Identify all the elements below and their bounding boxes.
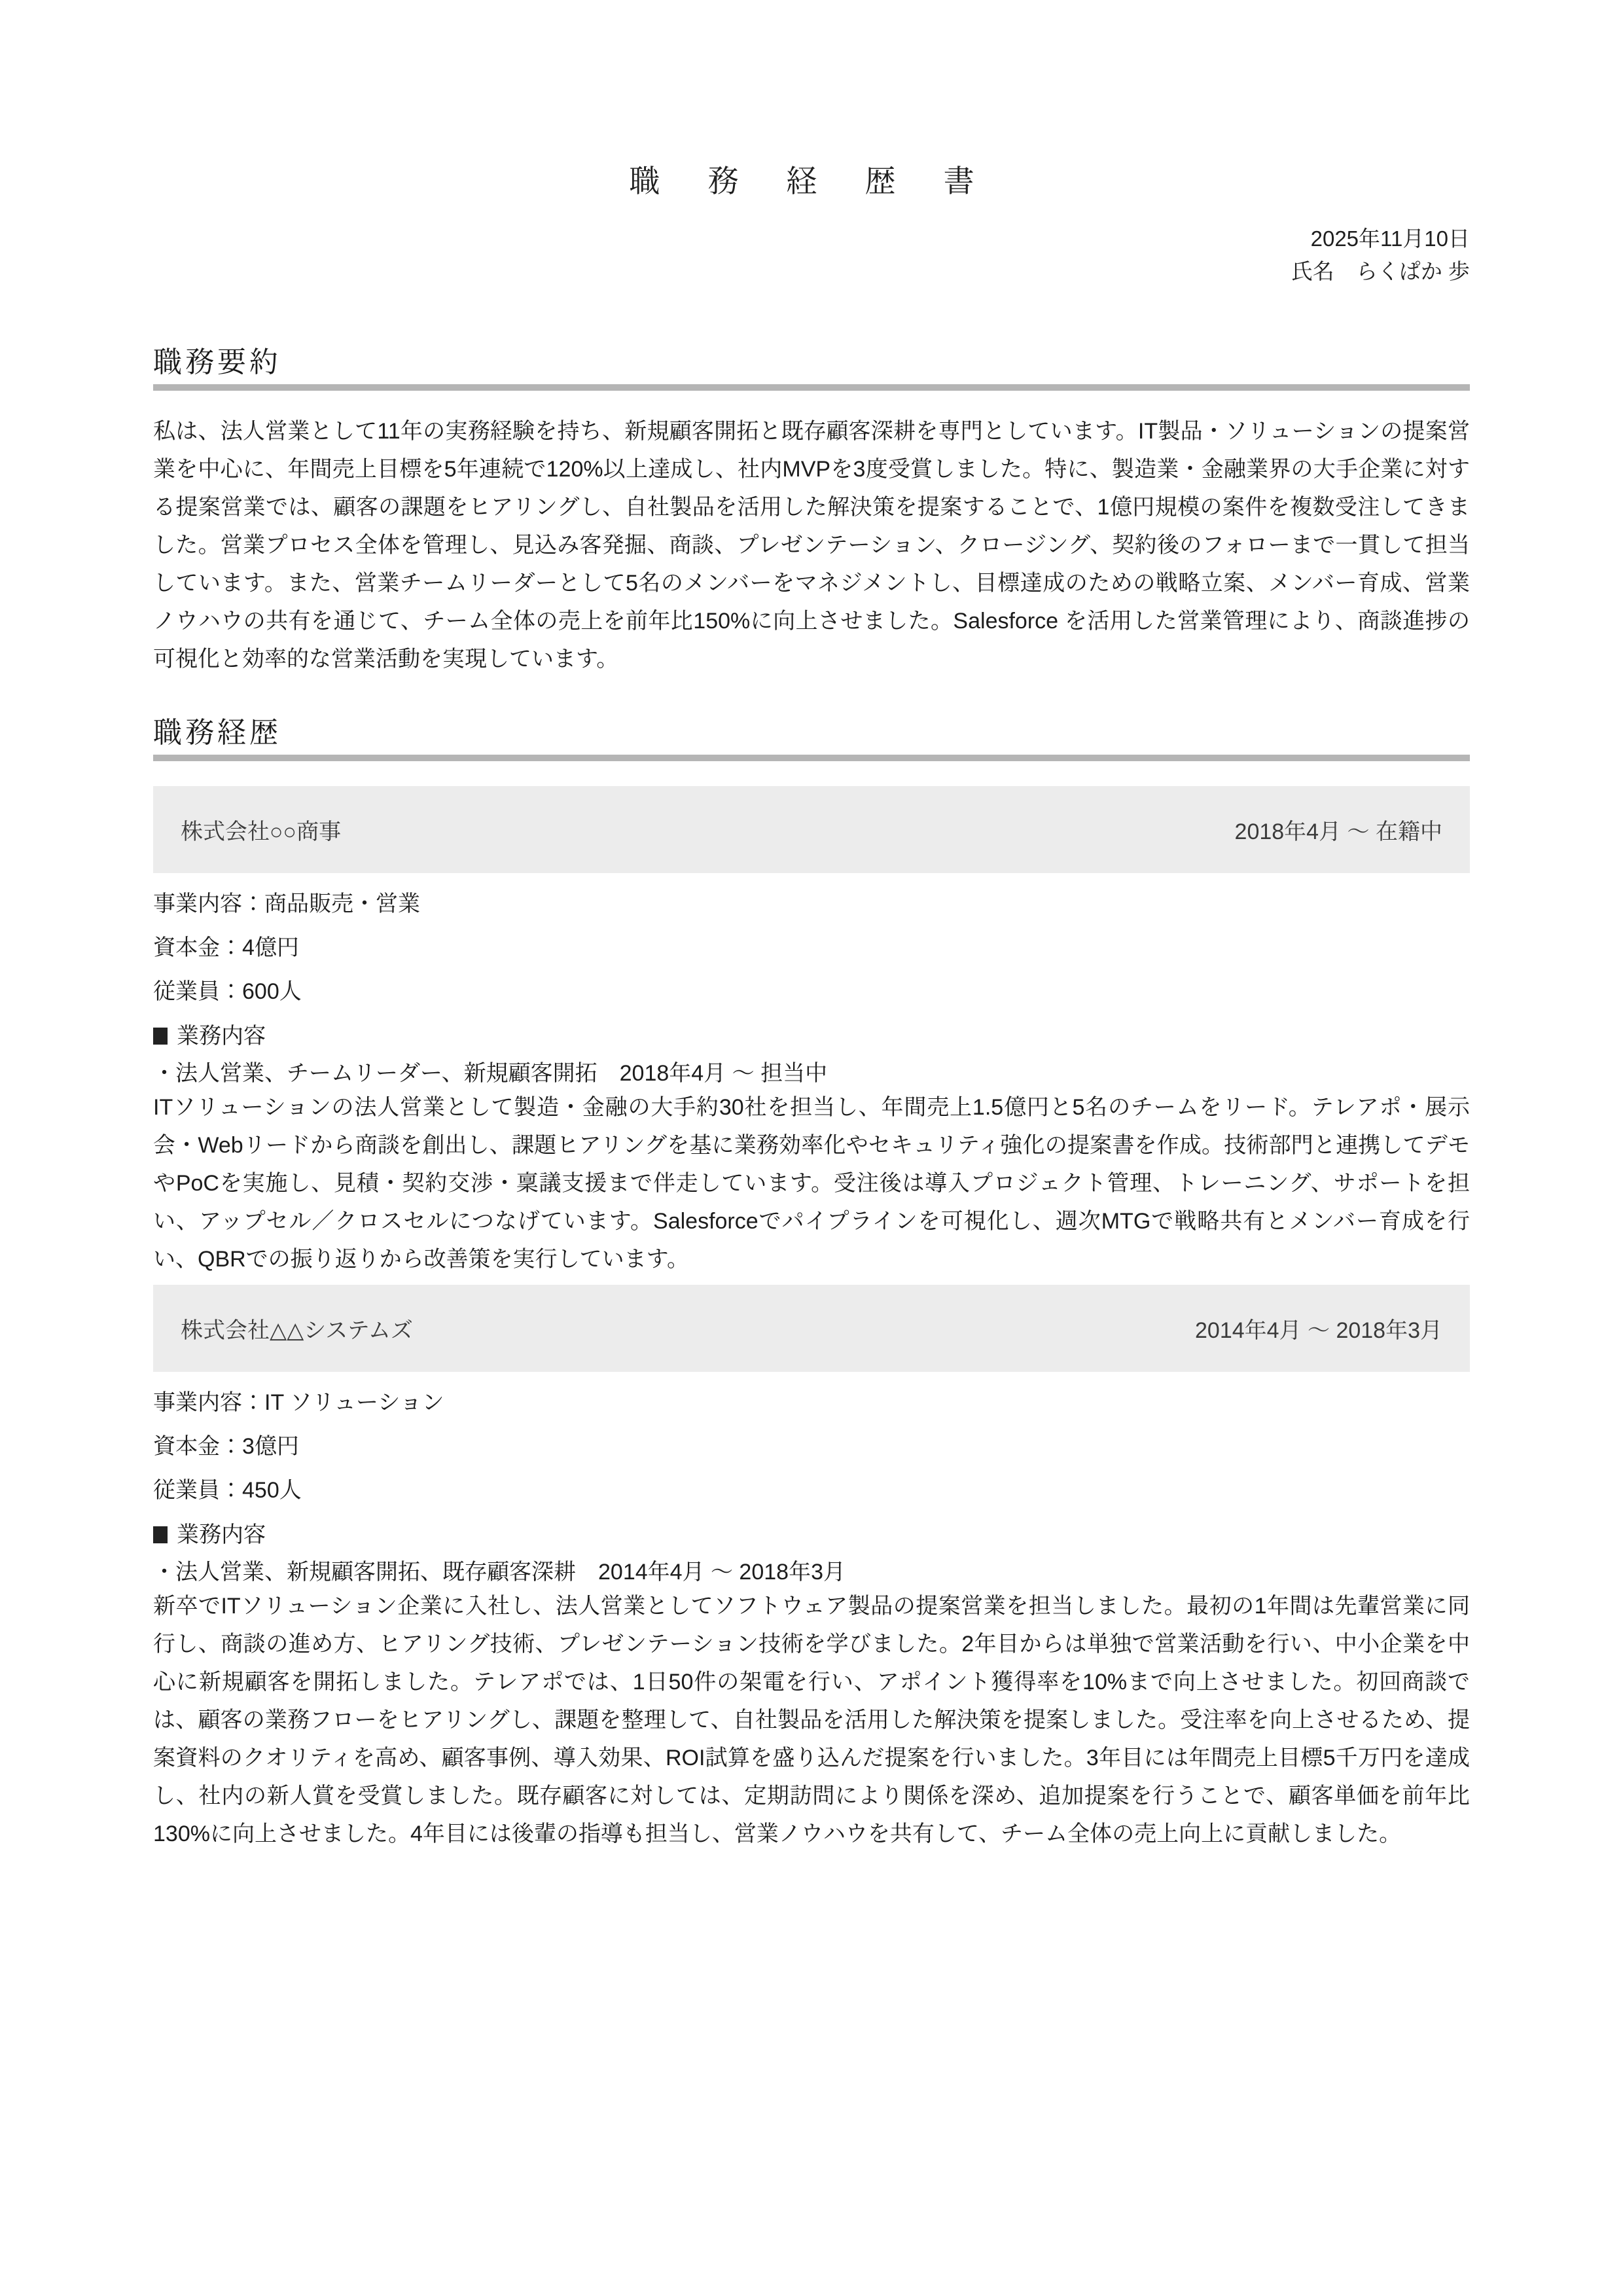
detail-value: 3億円 bbox=[242, 1434, 299, 1459]
summary-paragraph: 私は、法人営業として11年の実務経験を持ち、新規顧客開拓と既存顧客深耕を専門とし… bbox=[153, 412, 1470, 678]
document-meta: 2025年11月10日 氏名 らくぱか 歩 bbox=[153, 223, 1470, 288]
duties-heading: 業務内容 bbox=[153, 1522, 1470, 1548]
company-name: 株式会社○○商事 bbox=[181, 814, 341, 846]
document-date: 2025年11月10日 bbox=[153, 223, 1470, 255]
detail-row: 資本金：4億円 bbox=[153, 935, 1470, 961]
history-section: 職務経歴 株式会社○○商事 2018年4月 ～ 在籍中 事業内容：商品販売・営業… bbox=[153, 719, 1470, 1853]
detail-label: 資本金： bbox=[153, 1434, 242, 1459]
duties-heading-label: 業務内容 bbox=[177, 1522, 266, 1548]
detail-value: 450人 bbox=[242, 1478, 302, 1503]
detail-row: 事業内容：IT ソリューション bbox=[153, 1390, 1470, 1416]
company-name: 株式会社△△システムズ bbox=[181, 1312, 413, 1344]
resume-page: 職 務 経 歴 書 2025年11月10日 氏名 らくぱか 歩 職務要約 私は、… bbox=[0, 0, 1623, 2296]
detail-row: 従業員：450人 bbox=[153, 1477, 1470, 1503]
detail-label: 資本金： bbox=[153, 935, 242, 960]
detail-row: 従業員：600人 bbox=[153, 978, 1470, 1005]
company-card: 株式会社○○商事 2018年4月 ～ 在籍中 事業内容：商品販売・営業 資本金：… bbox=[153, 786, 1470, 1278]
detail-label: 従業員： bbox=[153, 1478, 242, 1503]
duties-heading-label: 業務内容 bbox=[177, 1023, 266, 1049]
applicant-name: 氏名 らくぱか 歩 bbox=[153, 255, 1470, 288]
detail-label: 従業員： bbox=[153, 979, 242, 1004]
detail-row: 資本金：3億円 bbox=[153, 1433, 1470, 1460]
detail-value: 商品販売・営業 bbox=[264, 891, 420, 916]
detail-label: 事業内容： bbox=[153, 1390, 264, 1415]
detail-value: 600人 bbox=[242, 979, 302, 1004]
detail-value: 4億円 bbox=[242, 935, 299, 960]
history-heading: 職務経歴 bbox=[153, 719, 1470, 747]
role-line: ・法人営業、チームリーダー、新規顧客開拓 2018年4月 ～ 担当中 bbox=[153, 1060, 1470, 1087]
square-bullet-icon bbox=[153, 1526, 168, 1543]
role-line: ・法人営業、新規顧客開拓、既存顧客深耕 2014年4月 ～ 2018年3月 bbox=[153, 1558, 1470, 1586]
heading-underline-bar bbox=[153, 755, 1470, 761]
company-period: 2014年4月 ～ 2018年3月 bbox=[1195, 1312, 1442, 1344]
job-description: ITソリューションの法人営業として製造・金融の大手約30社を担当し、年間売上1.… bbox=[153, 1088, 1470, 1278]
heading-underline-bar bbox=[153, 384, 1470, 391]
detail-row: 事業内容：商品販売・営業 bbox=[153, 891, 1470, 917]
duties-heading: 業務内容 bbox=[153, 1023, 1470, 1049]
company-header-band: 株式会社△△システムズ 2014年4月 ～ 2018年3月 bbox=[153, 1285, 1470, 1372]
company-header-band: 株式会社○○商事 2018年4月 ～ 在籍中 bbox=[153, 786, 1470, 873]
summary-section: 職務要約 私は、法人営業として11年の実務経験を持ち、新規顧客開拓と既存顧客深耕… bbox=[153, 348, 1470, 678]
detail-value: IT ソリューション bbox=[264, 1390, 444, 1415]
summary-heading: 職務要約 bbox=[153, 348, 1470, 377]
company-card: 株式会社△△システムズ 2014年4月 ～ 2018年3月 事業内容：IT ソリ… bbox=[153, 1285, 1470, 1853]
square-bullet-icon bbox=[153, 1028, 168, 1045]
company-period: 2018年4月 ～ 在籍中 bbox=[1235, 814, 1442, 846]
detail-label: 事業内容： bbox=[153, 891, 264, 916]
job-description: 新卒でITソリューション企業に入社し、法人営業としてソフトウェア製品の提案営業を… bbox=[153, 1587, 1470, 1853]
document-title: 職 務 経 歴 書 bbox=[153, 166, 1470, 196]
